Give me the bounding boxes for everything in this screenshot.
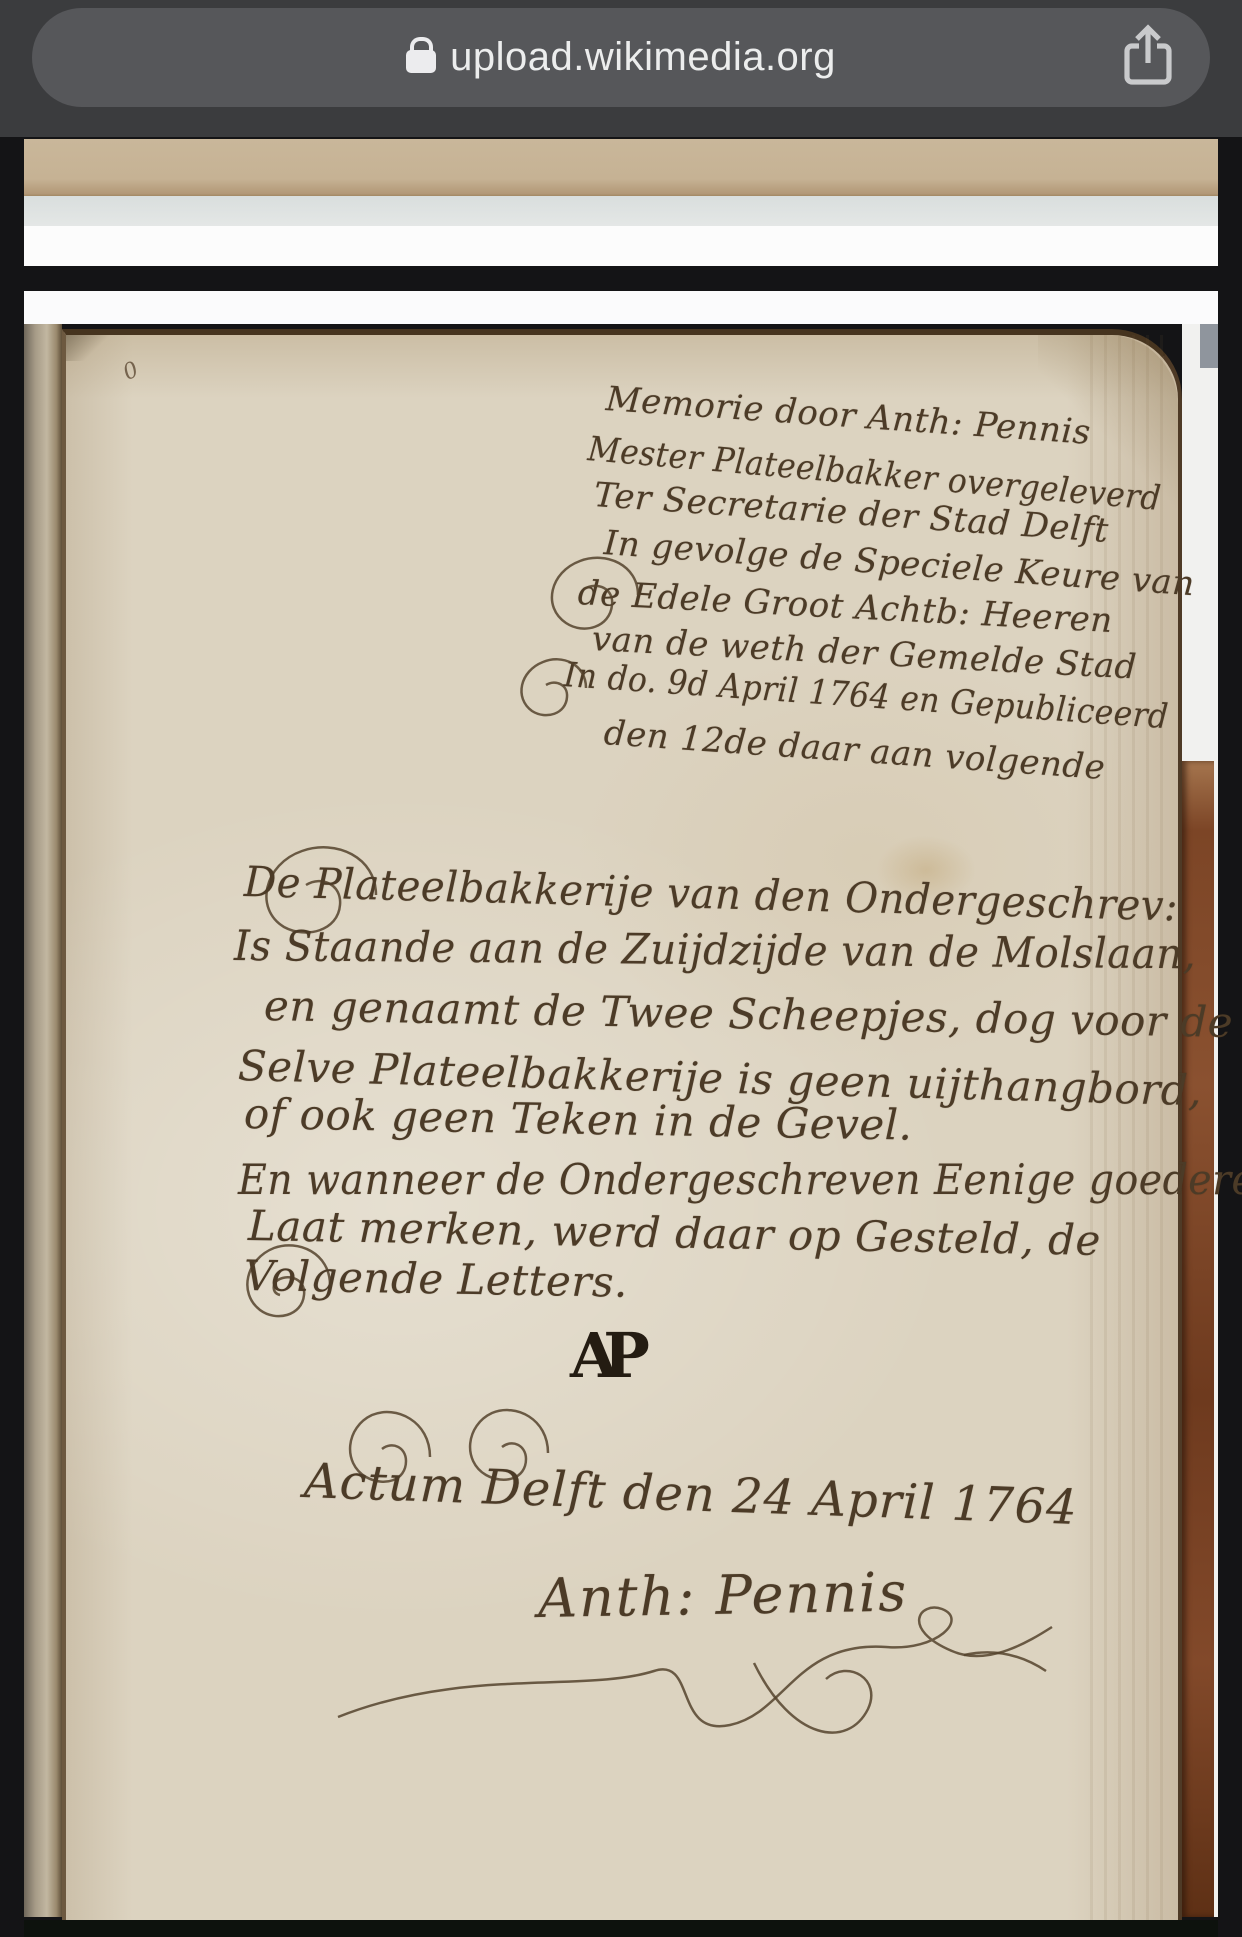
mobile-browser-screen: upload.wikimedia.org 0 Memorie <box>0 0 1242 1937</box>
signature-flourish <box>324 1597 1104 1767</box>
manuscript-page: 0 Memorie door Anth: Pennis Mester Plate… <box>62 329 1182 1920</box>
owner-mark-monogram: AP <box>570 1319 635 1392</box>
manuscript-line: of ook geen Teken in de Gevel. <box>244 1089 913 1150</box>
url-text: upload.wikimedia.org <box>450 35 836 80</box>
manuscript-line: Is Staande aan de Zuijdzijde van de Mols… <box>234 921 1196 978</box>
previous-scan-pale-band <box>24 196 1218 226</box>
flourish-ornament <box>526 545 646 637</box>
flourish-ornament <box>506 650 592 722</box>
manuscript-dateline: Actum Delft den 24 April 1764 <box>303 1453 1079 1536</box>
book-page-left-edge <box>24 324 62 1917</box>
lock-icon <box>406 50 436 73</box>
scan-black-bottom-edge <box>24 1920 1218 1937</box>
address-bar[interactable]: upload.wikimedia.org <box>32 8 1210 107</box>
scan-white-margin-top <box>24 291 1218 324</box>
page-mark: 0 <box>119 357 142 386</box>
browser-chrome: upload.wikimedia.org <box>0 0 1242 137</box>
manuscript-image: 0 Memorie door Anth: Pennis Mester Plate… <box>24 291 1218 1937</box>
manuscript-line: En wanneer de Ondergeschreven Eenige goe… <box>238 1155 1242 1204</box>
manuscript-line: Volgende Letters. <box>244 1251 629 1307</box>
manuscript-line: en genaamt de Twee Scheepjes, dog voor d… <box>264 981 1234 1047</box>
scan-gray-corner-patch <box>1200 324 1218 368</box>
previous-scan-white-margin <box>24 226 1218 266</box>
share-icon <box>1121 23 1175 87</box>
share-button[interactable] <box>1120 22 1176 88</box>
page-topleft-fold <box>66 335 114 361</box>
previous-scan-paper-edge <box>24 139 1218 196</box>
previous-scan-strip <box>24 139 1218 266</box>
